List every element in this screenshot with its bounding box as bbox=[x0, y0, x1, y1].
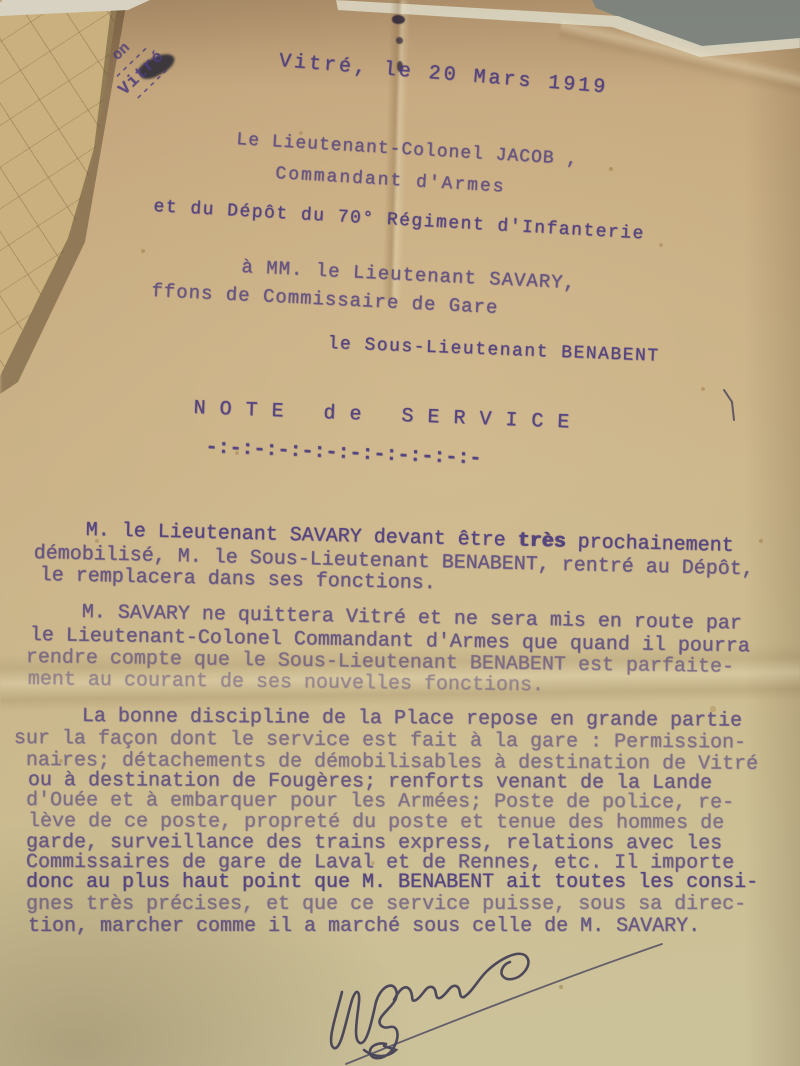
ink-blot bbox=[396, 37, 403, 44]
paper-right-shadow bbox=[744, 0, 800, 1066]
para3-line10: gnes très précises, et que ce service pu… bbox=[26, 893, 746, 916]
signature-scribble bbox=[320, 930, 680, 1066]
ink-blot bbox=[392, 15, 405, 24]
paper-fiber-specks bbox=[0, 0, 2, 2]
small-pen-check-mark-icon bbox=[716, 386, 756, 436]
photograph-of-typewritten-note: on ----- Vitré ----- Vitré, le 20 Mars 1… bbox=[0, 0, 800, 1066]
para1-line1-bold-word: très bbox=[517, 530, 566, 554]
para3-line9: donc au plus haut point que M. BENABENT … bbox=[26, 871, 758, 894]
